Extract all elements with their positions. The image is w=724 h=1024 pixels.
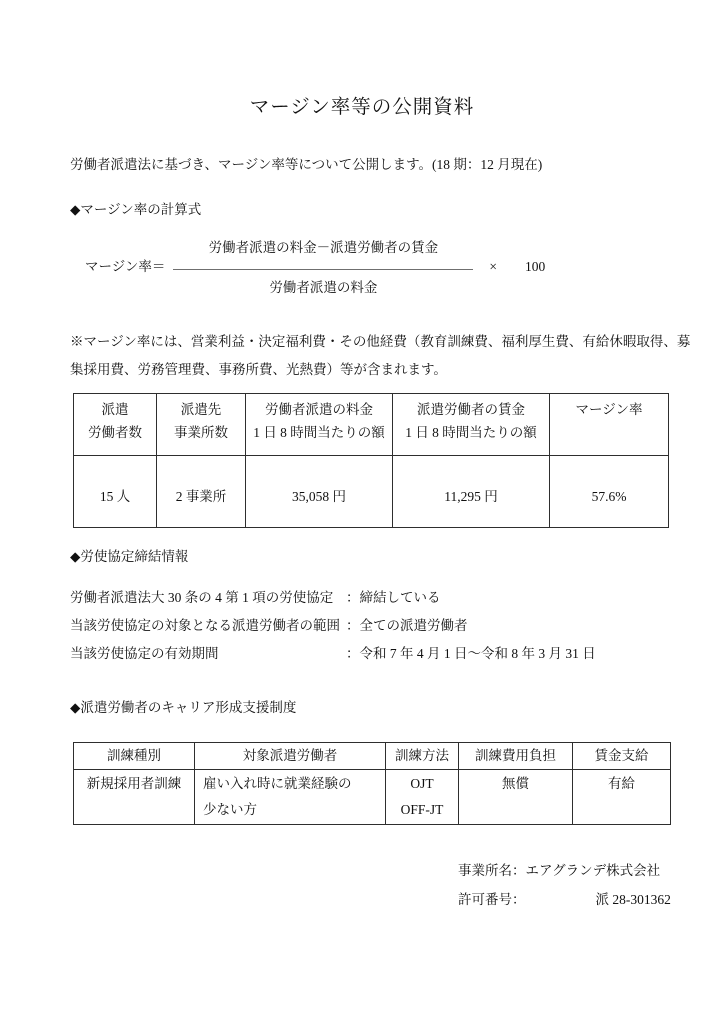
agreement-label: 労働者派遣法大 30 条の 4 第 1 項の労使協定 bbox=[70, 584, 346, 612]
cell-workers: 15 人 bbox=[74, 456, 157, 528]
page-title: マージン率等の公開資料 bbox=[0, 96, 724, 120]
note-line-2: 集採用費、労務管理費、事務所費、光熱費）等が含まれます。 bbox=[70, 356, 690, 384]
office-name-line: 事業所名：エアグランデ株式会社 bbox=[458, 856, 671, 885]
cell-wage-payment: 有給 bbox=[573, 770, 671, 825]
intro-text: 労働者派遣法に基づき、マージン率等について公開します。(18 期：12 月現在) bbox=[70, 157, 542, 174]
header-margin-rate: マージン率 bbox=[550, 394, 669, 456]
multiply-sign: × bbox=[489, 259, 497, 276]
header-cost-burden: 訓練費用負担 bbox=[459, 743, 573, 770]
header-dispatched-workers: 派遣 労働者数 bbox=[74, 394, 157, 456]
formula-denominator: 労働者派遣の料金 bbox=[173, 270, 473, 297]
margin-rate-table: 派遣 労働者数 派遣先 事業所数 労働者派遣の料金 1 日 8 時間当たりの額 … bbox=[73, 393, 669, 528]
margin-table-header-row: 派遣 労働者数 派遣先 事業所数 労働者派遣の料金 1 日 8 時間当たりの額 … bbox=[74, 394, 669, 456]
section-heading-labor-agreement: ◆労使協定締結情報 bbox=[70, 549, 188, 566]
cell-target-workers: 雇い入れ時に就業経験の 少ない方 bbox=[195, 770, 386, 825]
formula-multiplier: 100 bbox=[525, 259, 545, 276]
license-number-line: 許可番号： 派 28-301362 bbox=[458, 885, 671, 914]
cell-cost-burden: 無償 bbox=[459, 770, 573, 825]
cell-margin-rate: 57.6% bbox=[550, 456, 669, 528]
cell-offices: 2 事業所 bbox=[157, 456, 246, 528]
career-table-data-row: 新規採用者訓練 雇い入れ時に就業経験の 少ない方 OJT OFF-JT 無償 有… bbox=[74, 770, 671, 825]
formula-label: マージン率＝ bbox=[85, 259, 165, 276]
cell-training-type: 新規採用者訓練 bbox=[74, 770, 195, 825]
section-heading-career-support: ◆派遣労働者のキャリア形成支援制度 bbox=[70, 700, 296, 717]
formula-fraction: 労働者派遣の料金－派遣労働者の賃金 労働者派遣の料金 bbox=[173, 238, 473, 297]
formula-numerator: 労働者派遣の料金－派遣労働者の賃金 bbox=[173, 238, 473, 270]
header-training-method: 訓練方法 bbox=[386, 743, 459, 770]
agreement-value: ：全ての派遣労働者 bbox=[346, 612, 468, 640]
header-dispatch-fee: 労働者派遣の料金 1 日 8 時間当たりの額 bbox=[246, 394, 393, 456]
labor-agreement-info: 労働者派遣法大 30 条の 4 第 1 項の労使協定 ：締結している 当該労使協… bbox=[70, 584, 596, 668]
agreement-row-concluded: 労働者派遣法大 30 条の 4 第 1 項の労使協定 ：締結している bbox=[70, 584, 596, 612]
cell-fee: 35,058 円 bbox=[246, 456, 393, 528]
margin-table-data-row: 15 人 2 事業所 35,058 円 11,295 円 57.6% bbox=[74, 456, 669, 528]
note-line-1: ※マージン率には、営業利益・決定福利費・その他経費（教育訓練費、福利厚生費、有給… bbox=[70, 328, 690, 356]
agreement-label: 当該労使協定の有効期間 bbox=[70, 640, 346, 668]
cell-wage: 11,295 円 bbox=[393, 456, 550, 528]
document-footer: 事業所名：エアグランデ株式会社 許可番号： 派 28-301362 bbox=[458, 856, 671, 914]
career-table-header-row: 訓練種別 対象派遣労働者 訓練方法 訓練費用負担 賃金支給 bbox=[74, 743, 671, 770]
margin-rate-note: ※マージン率には、営業利益・決定福利費・その他経費（教育訓練費、福利厚生費、有給… bbox=[70, 328, 690, 384]
margin-rate-formula: マージン率＝ 労働者派遣の料金－派遣労働者の賃金 労働者派遣の料金 × 100 bbox=[85, 238, 545, 297]
agreement-row-validity: 当該労使協定の有効期間 ：令和 7 年 4 月 1 日～令和 8 年 3 月 3… bbox=[70, 640, 596, 668]
agreement-label: 当該労使協定の対象となる派遣労働者の範囲 bbox=[70, 612, 346, 640]
license-label: 許可番号： bbox=[458, 885, 526, 914]
license-number: 派 28-301362 bbox=[596, 885, 671, 914]
header-wage-payment: 賃金支給 bbox=[573, 743, 671, 770]
cell-training-method: OJT OFF-JT bbox=[386, 770, 459, 825]
agreement-row-scope: 当該労使協定の対象となる派遣労働者の範囲 ：全ての派遣労働者 bbox=[70, 612, 596, 640]
career-training-table: 訓練種別 対象派遣労働者 訓練方法 訓練費用負担 賃金支給 新規採用者訓練 雇い… bbox=[73, 742, 671, 825]
header-training-type: 訓練種別 bbox=[74, 743, 195, 770]
header-worker-wage: 派遣労働者の賃金 1 日 8 時間当たりの額 bbox=[393, 394, 550, 456]
header-client-offices: 派遣先 事業所数 bbox=[157, 394, 246, 456]
agreement-value: ：令和 7 年 4 月 1 日～令和 8 年 3 月 31 日 bbox=[346, 640, 596, 668]
section-heading-margin-formula: ◆マージン率の計算式 bbox=[70, 202, 201, 219]
agreement-value: ：締結している bbox=[346, 584, 441, 612]
document-page: マージン率等の公開資料 労働者派遣法に基づき、マージン率等について公開します。(… bbox=[0, 0, 724, 1024]
header-target-workers: 対象派遣労働者 bbox=[195, 743, 386, 770]
